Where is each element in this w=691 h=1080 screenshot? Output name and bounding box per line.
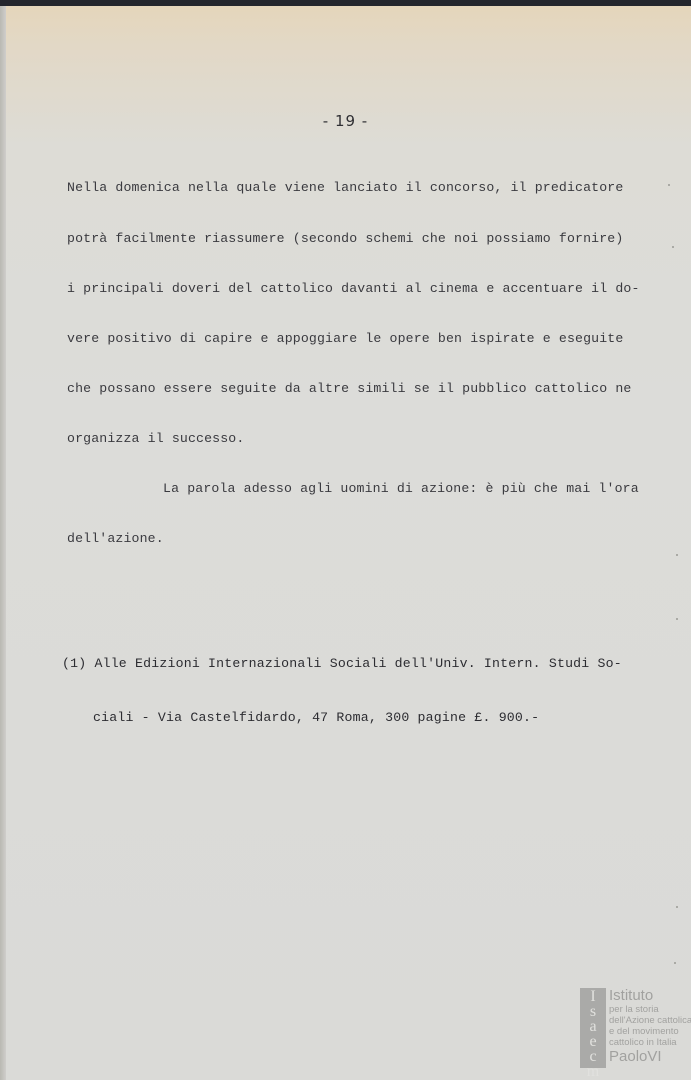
footnote: (1) Alle Edizioni Internazionali Sociali… [62,619,622,745]
body-line: i principali doveri del cattolico davant… [67,281,640,298]
monogram-letter: s [580,1004,606,1019]
watermark-line: cattolico in Italia [609,1037,691,1048]
monogram-letter: I [580,989,606,1004]
body-line: che possano essere seguite da altre simi… [67,381,640,398]
monogram-letter: c [580,1049,606,1064]
body-line: organizza il successo. [67,431,640,448]
body-line: dell'azione. [67,531,640,548]
paper-speck [676,554,678,556]
paper-speck [676,618,678,620]
body-line-indented: La parola adesso agli uomini di azione: … [67,481,640,498]
footnote-line: Alle Edizioni Internazionali Sociali del… [94,656,621,671]
watermark-text: Istituto per la storia dell'Azione catto… [609,988,691,1065]
page-number: - 19 - [0,112,691,130]
footnote-marker: (1) [62,656,86,671]
monogram-letter: m [580,1064,606,1079]
watermark-line: dell'Azione cattolica [609,1015,691,1026]
watermark-line: PaoloVI [609,1048,691,1065]
paper-speck [676,906,678,908]
monogram-letter: a [580,1019,606,1034]
paper-speck [674,962,676,964]
watermark-line: Istituto [609,988,691,1004]
footnote-line: ciali - Via Castelfidardo, 47 Roma, 300 … [62,709,622,727]
watermark-line: e del movimento [609,1026,691,1037]
body-line: potrà facilmente riassumere (secondo sch… [67,231,640,248]
paper-speck [672,246,674,248]
watermark-line: per la storia [609,1004,691,1015]
body-text: Nella domenica nella quale viene lanciat… [67,147,640,564]
paper-speck [668,184,670,186]
isacem-monogram-icon: I s a e c m [580,988,606,1068]
monogram-letter: e [580,1034,606,1049]
isacem-watermark-logo: I s a e c m Istituto per la storia dell'… [580,988,688,1070]
body-line: Nella domenica nella quale viene lanciat… [67,180,640,197]
body-line: vere positivo di capire e appoggiare le … [67,331,640,348]
